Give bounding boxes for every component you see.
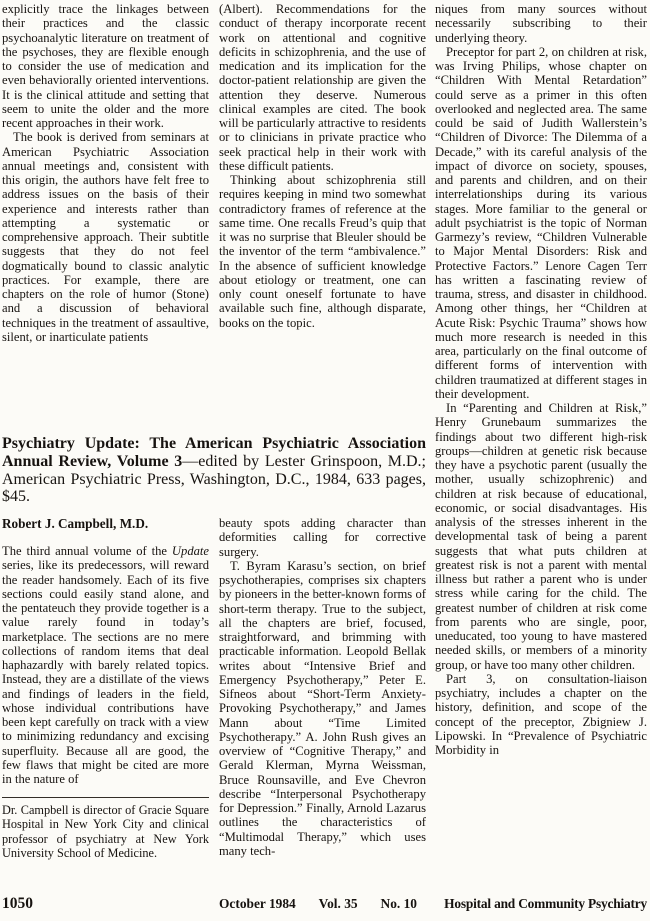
issue-number-label: No. 10 <box>381 896 417 912</box>
left-two-thirds-area: explicitly trace the linkages between th… <box>2 2 426 886</box>
page-number: 1050 <box>2 895 219 913</box>
top-columns: explicitly trace the linkages between th… <box>2 2 426 428</box>
top-right-column: niques from many sources without necessa… <box>435 2 647 886</box>
review-middle-column: beauty spots adding character than defor… <box>219 516 426 886</box>
paragraph: The third annual volume of the Update se… <box>2 544 209 786</box>
volume-label: Vol. 35 <box>319 896 358 912</box>
paragraph: (Albert). Recommendations for the conduc… <box>219 2 426 173</box>
issue-info: October 1984 Vol. 35 No. 10 <box>219 896 431 912</box>
journal-page: explicitly trace the linkages between th… <box>0 0 650 921</box>
review-heading: Psychiatry Update: The American Psychiat… <box>2 435 426 506</box>
paragraph: explicitly trace the linkages between th… <box>2 2 209 130</box>
page-footer: 1050 October 1984 Vol. 35 No. 10 Hospita… <box>2 886 647 913</box>
paragraph: In “Parenting and Children at Risk,” Hen… <box>435 401 647 672</box>
top-left-column: explicitly trace the linkages between th… <box>2 2 209 428</box>
paragraph: Preceptor for part 2, on children at ris… <box>435 45 647 401</box>
paragraph: Thinking about schizophrenia still requi… <box>219 173 426 330</box>
journal-name: Hospital and Community Psychiatry <box>431 896 647 912</box>
paragraph: T. Byram Karasu’s section, on brief psyc… <box>219 559 426 858</box>
page-content: explicitly trace the linkages between th… <box>2 2 647 886</box>
paragraph: beauty spots adding character than defor… <box>219 516 426 559</box>
reviewer-footnote: Dr. Campbell is director of Gracie Squar… <box>2 797 209 860</box>
review-left-column: Robert J. Campbell, M.D. The third annua… <box>2 516 209 886</box>
paragraph: Part 3, on consultation-liaison psychiat… <box>435 672 647 758</box>
top-middle-column: (Albert). Recommendations for the conduc… <box>219 2 426 428</box>
paragraph: The book is derived from seminars at Ame… <box>2 130 209 344</box>
paragraph: niques from many sources without necessa… <box>435 2 647 45</box>
review-columns: Robert J. Campbell, M.D. The third annua… <box>2 516 426 886</box>
review-left-text: The third annual volume of the Update se… <box>2 544 209 786</box>
reviewer-byline: Robert J. Campbell, M.D. <box>2 516 209 531</box>
issue-date: October 1984 <box>219 896 296 912</box>
